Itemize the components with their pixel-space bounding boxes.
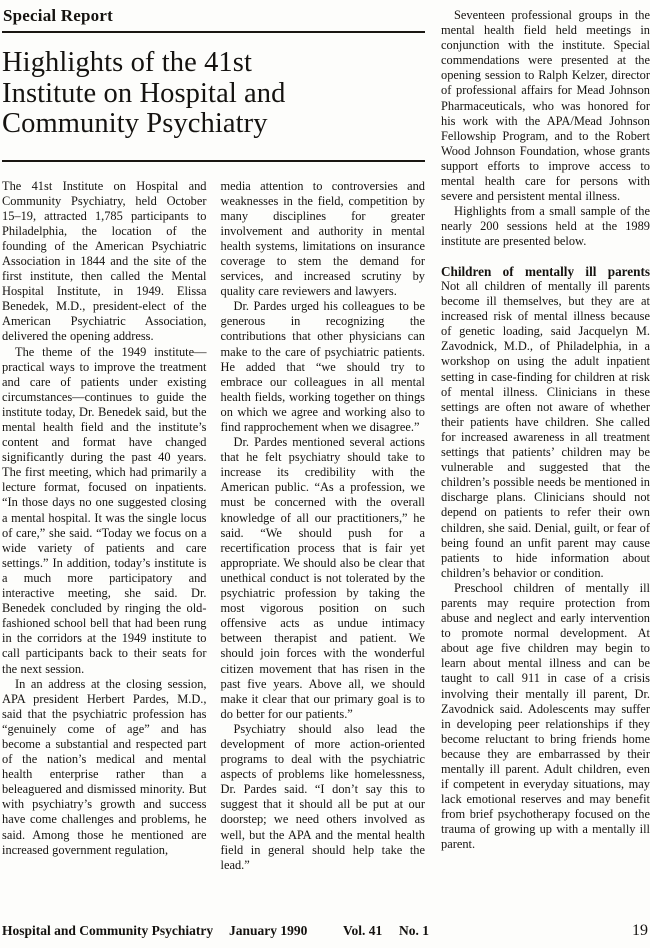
paragraph: The 41st Institute on Hospital and Commu… — [2, 179, 207, 345]
header-rule-bottom — [2, 160, 425, 162]
paragraph: Seventeen professional groups in the men… — [441, 8, 650, 204]
text-column-2: media attention to controversies and wea… — [221, 179, 426, 873]
journal-name: Hospital and Community Psychiatry — [2, 923, 229, 939]
header-rule-top — [2, 31, 425, 33]
paragraph: Not all children of mentally ill parents… — [441, 279, 650, 581]
text-column-3: Seventeen professional groups in the men… — [441, 5, 650, 873]
article-title-line: Institute on Hospital and — [2, 79, 425, 110]
paragraph: Highlights from a small sample of the ne… — [441, 204, 650, 249]
paragraph: Psychiatry should also lead the developm… — [221, 722, 426, 873]
article-title: Highlights of the 41st Institute on Hosp… — [2, 48, 425, 140]
page-footer: Hospital and Community Psychiatry Januar… — [2, 923, 648, 939]
paragraph: media attention to controversies and wea… — [221, 179, 426, 300]
body-columns: The 41st Institute on Hospital and Commu… — [2, 179, 425, 873]
paragraph: In an address at the closing session, AP… — [2, 677, 207, 858]
subsection-heading: Children of mentally ill parents — [441, 264, 650, 280]
article-title-line: Highlights of the 41st — [2, 48, 425, 79]
section-kicker: Special Report — [2, 5, 425, 31]
text-column-1: The 41st Institute on Hospital and Commu… — [2, 179, 207, 873]
issue-date: January 1990 — [229, 923, 343, 939]
issue-number: No. 1 — [399, 923, 632, 939]
paragraph: Dr. Pardes urged his colleagues to be ge… — [221, 299, 426, 435]
paragraph: Preschool children of mentally ill paren… — [441, 581, 650, 853]
paragraph: The theme of the 1949 institute—practica… — [2, 345, 207, 677]
journal-page: Special Report Highlights of the 41st In… — [0, 0, 650, 948]
paragraph: Dr. Pardes mentioned several actions tha… — [221, 435, 426, 722]
volume-label: Vol. 41 — [343, 923, 399, 939]
article-body: Special Report Highlights of the 41st In… — [2, 5, 648, 873]
page-number: 19 — [632, 923, 648, 939]
left-two-column-block: Special Report Highlights of the 41st In… — [2, 5, 425, 873]
article-title-line: Community Psychiatry — [2, 109, 425, 140]
